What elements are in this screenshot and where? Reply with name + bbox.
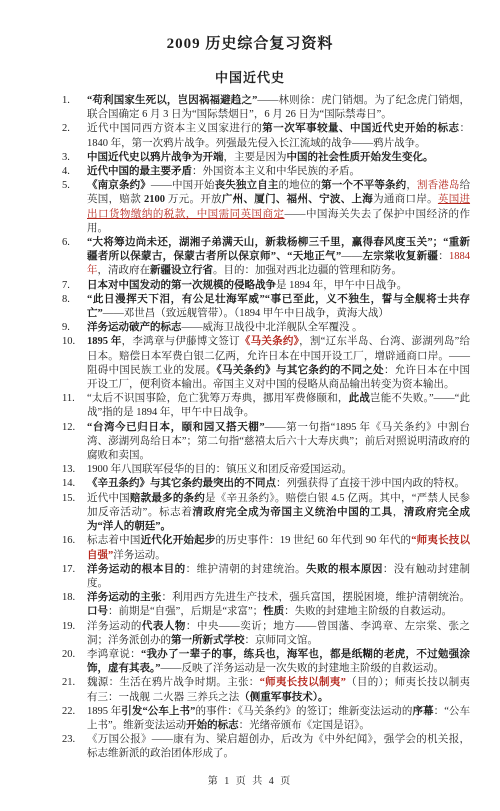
text-segment: 中国近代史以鸦片战争为开端	[87, 152, 224, 163]
text-segment: 开始的标志	[186, 720, 239, 731]
text-segment: 近代中国	[87, 493, 130, 504]
item-text: “太后不识国事险，危亡犹筹万寿典，挪用军费修颐和，此战岂能不失败。”——“此战”…	[87, 392, 470, 420]
text-segment: 近代化开始起步	[141, 535, 216, 546]
text-segment: 1895 年	[87, 336, 122, 347]
list-item: 12.“台湾今已归日本，颐和园又搭天棚”——第一句指“1895 年《马关条约》中…	[62, 421, 470, 464]
text-segment: 李鸿章说：	[87, 649, 141, 660]
item-number: 16.	[62, 534, 87, 562]
item-number: 9.	[62, 321, 87, 335]
item-number: 22.	[62, 705, 87, 733]
text-segment: 第一个不平等条约	[321, 180, 406, 191]
item-number: 5.	[62, 179, 87, 236]
item-text: 李鸿章说：“我办了一辈子的事，练兵也，海军也，都是纸糊的老虎，不过勉强涂饰，虚有…	[87, 648, 470, 676]
text-segment: “师夷长技以制夷”	[260, 677, 346, 688]
text-segment: ：维护清朝的封建统治。	[186, 564, 307, 575]
text-segment: ——反映了洋务运动是一次失败的封建地主阶级的自救运动。	[161, 663, 445, 674]
text-segment: 2100	[144, 194, 165, 205]
list-item: 23.《万国公报》——康有为、梁启超创办，后改为《中外纪闻》，强学会的机关报，标…	[62, 733, 470, 761]
text-segment: 性质	[263, 606, 284, 617]
item-text: 洋务运动的代表人物：中央——奕䜣；地方——曾国藩、李鸿章、左宗棠、张之洞；洋务派…	[87, 620, 470, 648]
text-segment: 魏源：生活在鸦片战争时期。主张：	[87, 677, 260, 688]
item-text: 1895 年，李鸿章与伊藤博文签订《马关条约》，割“辽东半岛、台湾、澎湖列岛”给…	[87, 335, 470, 392]
item-text: 1900 年八国联军侵华的目的：镇压义和团反帝爱国运动。	[87, 463, 470, 477]
list-item: 17.洋务运动的根本目的：维护清朝的封建统治。失败的根本原因：没有触动封建制度。	[62, 563, 470, 591]
list-item: 4.近代中国的最主要矛盾：外国资本主义和中华民族的矛盾。	[62, 165, 470, 179]
text-segment: 1895 年	[87, 706, 121, 717]
text-segment: 近代中国同西方资本主义国家进行的	[87, 123, 262, 134]
text-segment: 日本对中国发动的第一次规模的侵略战争	[87, 280, 276, 291]
list-item: 10.1895 年，李鸿章与伊藤博文签订《马关条约》，割“辽东半岛、台湾、澎湖列…	[62, 335, 470, 392]
text-segment: 引发“公车上书”	[121, 706, 195, 717]
item-number: 7.	[62, 279, 87, 293]
text-segment: 《南京条约》	[87, 180, 151, 191]
list-item: 19.洋务运动的代表人物：中央——奕䜣；地方——曾国藩、李鸿章、左宗棠、张之洞；…	[62, 620, 470, 648]
list-item: 3.中国近代史以鸦片战争为开端，主要是因为中国的社会性质开始发生变化。	[62, 151, 470, 165]
list-item: 16.标志着中国近代化开始起步的历史事件：19 世纪 60 年代到 90 年代的…	[62, 534, 470, 562]
item-number: 4.	[62, 165, 87, 179]
text-segment: 左宗棠收复新疆	[362, 251, 438, 262]
list-item: 22.1895 年引发“公车上书”的事件：《马关条约》的签订；维新变法运动的序幕…	[62, 705, 470, 733]
text-segment: 第一所新式学校	[171, 635, 245, 646]
text-segment: 《辛丑条约》与其它条约最突出的不同点	[87, 478, 276, 489]
text-segment: ，	[406, 180, 417, 191]
item-text: 洋务运动破产的标志——威海卫战役中北洋舰队全军覆没 。	[87, 321, 470, 335]
text-segment: 是 1894 年，甲午中日战争。	[276, 280, 407, 291]
page-number: 第 1 页 共 4 页	[0, 772, 500, 811]
text-segment: ：光绪帝颁布《定国是诏》。	[239, 720, 370, 731]
item-text: 洋务运动的主张：利用西方先进生产技术，强兵富国，摆脱困境，维护清朝统治。口号：前…	[87, 591, 470, 619]
text-segment: 此战	[349, 393, 370, 404]
item-number: 21.	[62, 676, 87, 704]
list-item: 5.《南京条约》——中国开始丧失独立自主的地位的第一个不平等条约，割香港岛给英国…	[62, 179, 470, 236]
text-segment: 洋务运动破产的标志	[87, 322, 182, 333]
text-segment: 1900 年八国联军侵华的目的：镇压义和团反帝爱国运动。	[87, 464, 352, 475]
text-segment: ：失败的封建地主阶级的自救运动。	[284, 606, 452, 617]
item-number: 20.	[62, 648, 87, 676]
text-segment: ，李鸿章与伊藤博文签订	[122, 336, 240, 347]
item-number: 14.	[62, 477, 87, 491]
item-number: 10.	[62, 335, 87, 392]
list-item: 18.洋务运动的主张：利用西方先进生产技术，强兵富国，摆脱困境，维护清朝统治。口…	[62, 591, 470, 619]
item-text: 近代中国同西方资本主义国家进行的第一次军事较量、中国近代史开始的标志：1840 …	[87, 122, 470, 150]
item-text: 《辛丑条约》与其它条约最突出的不同点：列强获得了直接干涉中国内政的特权。	[87, 477, 470, 491]
text-segment: 。目的：加强对西北边疆的管理和防务。	[213, 265, 402, 276]
text-segment: 的事件：《马关条约》的签订；维新变法运动的	[195, 706, 412, 717]
text-segment: ，清政府在	[98, 265, 151, 276]
text-segment: 赔款最多的条约	[130, 493, 205, 504]
text-segment: ：利用西方先进生产技术，强兵富国，摆脱困境，维护清朝统治。	[162, 592, 471, 603]
text-segment: 《万国公报》——康有为、梁启超创办，后改为《中外纪闻》，强学会的机关报，标志维新…	[87, 734, 470, 759]
item-number: 15.	[62, 492, 87, 535]
list-item: 20.李鸿章说：“我办了一辈子的事，练兵也，海军也，都是纸糊的老虎，不过勉强涂饰…	[62, 648, 470, 676]
text-segment: 割香港岛	[417, 180, 460, 191]
text-segment: 洋务运动的根本目的	[87, 564, 186, 575]
list-item: 9.洋务运动破产的标志——威海卫战役中北洋舰队全军覆没 。	[62, 321, 470, 335]
text-segment: 失败的根本原因	[306, 564, 383, 575]
item-text: 近代中国的最主要矛盾：外国资本主义和中华民族的矛盾。	[87, 165, 470, 179]
item-text: 《万国公报》——康有为、梁启超创办，后改为《中外纪闻》，强学会的机关报，标志维新…	[87, 733, 470, 761]
list-item: 11.“太后不识国事险，危亡犹筹万寿典，挪用军费修颐和，此战岂能不失败。”——“…	[62, 392, 470, 420]
item-text: “此日漫挥天下泪，有公足壮海军威”“事已至此，义不独生，誓与全舰将士共存亡”——…	[87, 293, 470, 321]
text-segment: 第一次军事较量、中国近代史开始的标志	[262, 123, 459, 134]
item-number: 19.	[62, 620, 87, 648]
section-title: 中国近代史	[0, 67, 500, 86]
text-segment: 《马关条约》	[240, 336, 299, 347]
item-number: 3.	[62, 151, 87, 165]
text-segment: ，主要是因为	[224, 152, 287, 163]
text-segment: 洋务运动。	[113, 550, 166, 561]
list-item: 21.魏源：生活在鸦片战争时期。主张：“师夷长技以制夷”（目的）；师夷长技以制夷…	[62, 676, 470, 704]
list-item: 6.“大将筹边尚未还，湖湘子弟满天山，新栽杨柳三千里，赢得春风度玉关”；“重新疆…	[62, 236, 470, 279]
item-number: 1.	[62, 94, 87, 122]
item-text: 标志着中国近代化开始起步的历史事件：19 世纪 60 年代到 90 年代的“师夷…	[87, 534, 470, 562]
item-text: 中国近代史以鸦片战争为开端，主要是因为中国的社会性质开始发生变化。	[87, 151, 470, 165]
list-item: 7.日本对中国发动的第一次规模的侵略战争是 1894 年，甲午中日战争。	[62, 279, 470, 293]
item-text: 洋务运动的根本目的：维护清朝的封建统治。失败的根本原因：没有触动封建制度。	[87, 563, 470, 591]
item-text: 近代中国赔款最多的条约是《辛丑条约》。赔偿白银 4.5 亿两。其中，“严禁人民参…	[87, 492, 470, 535]
item-number: 12.	[62, 421, 87, 464]
item-number: 13.	[62, 463, 87, 477]
item-number: 2.	[62, 122, 87, 150]
text-segment: 新疆设立行省	[150, 265, 213, 276]
list-item: 8.“此日漫挥天下泪，有公足壮海军威”“事已至此，义不独生，誓与全舰将士共存亡”…	[62, 293, 470, 321]
item-text: 《南京条约》——中国开始丧失独立自主的地位的第一个不平等条约，割香港岛给英国，赔…	[87, 179, 470, 236]
document-page: 2009 历史综合复习资料 中国近代史 1.“苟利国家生死以，岂因祸福避趋之”—…	[0, 0, 500, 811]
list-item: 1.“苟利国家生死以，岂因祸福避趋之”——林则徐：虎门销烟。为了纪念虎门销烟，联…	[62, 94, 470, 122]
text-segment: 序幕	[412, 706, 433, 717]
item-number: 17.	[62, 563, 87, 591]
text-segment: 万元。开放	[165, 194, 222, 205]
text-segment: 洋务运动的	[87, 621, 142, 632]
text-segment: 洋务运动的主张	[87, 592, 162, 603]
item-text: “台湾今已归日本，颐和园又搭天棚”——第一句指“1895 年《马关条约》中割台湾…	[87, 421, 470, 464]
text-segment: “台湾今已归日本，颐和园又搭天棚”	[87, 422, 265, 433]
text-segment: （侧重军事技术）。	[239, 692, 328, 703]
text-segment: ——中国开始	[151, 180, 215, 191]
item-text: 日本对中国发动的第一次规模的侵略战争是 1894 年，甲午中日战争。	[87, 279, 470, 293]
item-text: 1895 年引发“公车上书”的事件：《马关条约》的签订；维新变法运动的序幕：“公…	[87, 705, 470, 733]
item-number: 11.	[62, 392, 87, 420]
item-text: “大将筹边尚未还，湖湘子弟满天山，新栽杨柳三千里，赢得春风度玉关”；“重新疆者所…	[87, 236, 470, 279]
list-item: 15.近代中国赔款最多的条约是《辛丑条约》。赔偿白银 4.5 亿两。其中，“严禁…	[62, 492, 470, 535]
text-segment: 标志着中国	[87, 535, 141, 546]
list-item: 2.近代中国同西方资本主义国家进行的第一次军事较量、中国近代史开始的标志：184…	[62, 122, 470, 150]
text-segment: ——	[341, 251, 362, 262]
list-item: 14.《辛丑条约》与其它条约最突出的不同点：列强获得了直接干涉中国内政的特权。	[62, 477, 470, 491]
text-segment: ：列强获得了直接干涉中国内政的特权。	[276, 478, 465, 489]
text-segment: 中国的社会性质开始发生变化。	[287, 152, 434, 163]
document-title: 2009 历史综合复习资料	[0, 32, 500, 53]
text-segment: “苟利国家生死以，岂因祸福避趋之”	[87, 95, 257, 106]
text-segment: 口号	[87, 606, 108, 617]
item-text: 魏源：生活在鸦片战争时期。主张：“师夷长技以制夷”（目的）；师夷长技以制夷有三：…	[87, 676, 470, 704]
text-segment: ：	[438, 251, 449, 262]
text-segment: 广州、厦门、福州、宁波、上海	[222, 194, 373, 205]
text-segment: ，	[393, 507, 404, 518]
text-segment: 清政府完全成为帝国主义统治中国的工具	[192, 507, 392, 518]
item-text: “苟利国家生死以，岂因祸福避趋之”——林则徐：虎门销烟。为了纪念虎门销烟，联合国…	[87, 94, 470, 122]
text-segment: ：前期是“自强”，后期是“求富”；	[108, 606, 263, 617]
text-segment: ——邓世昌（致远舰管带）。（1894 甲午中日战争，黄海大战）	[103, 308, 389, 319]
list-item: 13.1900 年八国联军侵华的目的：镇压义和团反帝爱国运动。	[62, 463, 470, 477]
text-segment: “太后不识国事险，危亡犹筹万寿典，挪用军费修颐和，	[87, 393, 349, 404]
item-number: 6.	[62, 236, 87, 279]
text-segment: 近代中国的最主要矛盾	[87, 166, 192, 177]
text-segment: 丧失独立自主	[215, 180, 279, 191]
item-number: 23.	[62, 733, 87, 761]
text-segment: 的地位的	[279, 180, 322, 191]
text-segment: 代表人物	[142, 621, 186, 632]
review-item-list: 1.“苟利国家生死以，岂因祸福避趋之”——林则徐：虎门销烟。为了纪念虎门销烟，联…	[62, 94, 470, 762]
text-segment: ——威海卫战役中北洋舰队全军覆没 。	[182, 322, 363, 333]
text-segment: 为通商口岸。	[373, 194, 438, 205]
text-segment: ：京师同文馆。	[245, 635, 319, 646]
text-segment: 《马关条约》与其它条约的不同之处	[217, 365, 384, 376]
text-segment: ：外国资本主义和中华民族的矛盾。	[192, 166, 360, 177]
item-number: 8.	[62, 293, 87, 321]
text-segment: 的历史事件：19 世纪 60 年代到 90 年代的	[216, 535, 412, 546]
item-number: 18.	[62, 591, 87, 619]
